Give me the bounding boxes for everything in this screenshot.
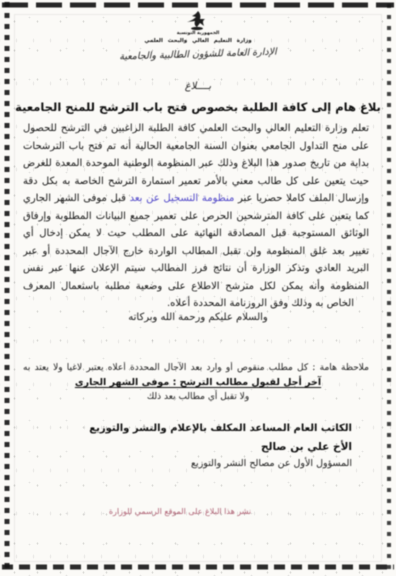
inline-link[interactable]: منظومة التسجيل عن بعد: [130, 193, 235, 204]
body-line: بداية من تاريخ صدور هذا البلاغ وذلك عبر …: [23, 155, 369, 173]
note-line-3: ولا تقبل أي مطالب بعد ذلك: [0, 392, 396, 402]
header-caption-bottom: وزارة التعليم العالي والبحث العلمي: [0, 38, 396, 44]
body-line-text: وإرسال الملف كاملا حصريا عبر: [234, 193, 369, 204]
body-line: البريد العادي وتذكر الوزارة أن نتائج فرز…: [23, 260, 369, 278]
body-line: على منح التداول الجامعي بعنوان السنة الج…: [23, 138, 369, 156]
footer-link[interactable]: نشر هذا البلاغ على الموقع الرسمي للوزارة: [0, 507, 360, 516]
body-paragraph: تعلم وزارة التعليم العالي والبحث العلمي …: [23, 120, 369, 313]
body-line: تغيير بعد غلق المنظومة ولن تقبل المطالب …: [23, 243, 369, 261]
body-line-text: قبل موفى الشهر الجاري: [23, 193, 130, 204]
signature-line-3: المسؤول الأول عن مصالح النشر والتوزيع: [60, 457, 352, 471]
signature-line-1: الكاتب العام المساعد المكلف بالإعلام وال…: [60, 421, 352, 436]
scanned-letter-page: الجمهورية التونسية وزارة التعليم العالي …: [0, 0, 396, 576]
state-emblem-icon: [183, 10, 213, 32]
body-line: الخاص به وذلك وفق الروزنامة المحددة أعلا…: [23, 295, 369, 313]
signature-block: الكاتب العام المساعد المكلف بالإعلام وال…: [60, 421, 352, 471]
body-line: المنظومة وأنه يمكن لكل مترشح الاطلاع على…: [23, 278, 369, 296]
note-line-1: ملاحظة هامة : كل مطلب منقوص أو وارد بعد …: [23, 362, 369, 375]
letter-title: بلاغ هام إلى كافة الطلبة بخصوص فتح باب ا…: [0, 100, 396, 114]
signature-line-2: الأخ علي بن صالح: [60, 440, 352, 455]
note-line-2: آخر أجل لقبول مطالب الترشح : موفى الشهر …: [0, 377, 396, 388]
body-line-with-link: وإرسال الملف كاملا حصريا عبر منظومة التس…: [23, 190, 369, 208]
body-line: تعلم وزارة التعليم العالي والبحث العلمي …: [23, 120, 369, 138]
body-line: حيث يتعين على كل طالب معني بالأمر تعمير …: [23, 173, 369, 191]
body-line: الوثائق المستوجبة قبل المصادقة النهائية …: [23, 225, 369, 243]
header-caption-top: الجمهورية التونسية: [0, 31, 396, 36]
body-line: كما يتعين على كافة المترشحين الحرص على ت…: [23, 208, 369, 226]
signoff-line: والسلام عليكم ورحمة الله وبركاته: [0, 312, 396, 323]
doc-type-label: بــــلاغ: [0, 81, 396, 92]
